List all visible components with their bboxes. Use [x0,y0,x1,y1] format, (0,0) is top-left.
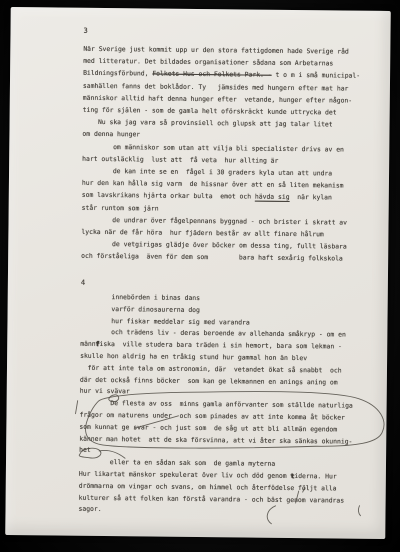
page-number-4: 4 [81,279,85,287]
typed-paragraph-page4: innebörden i binas dans varför dinosaure… [78,292,381,519]
photographed-document: { "photo": { "background_color": "#0a0a0… [0,0,400,552]
typed-paragraph-page3: När Sverige just kommit upp ur den stora… [81,43,384,266]
typewritten-page: 3 När Sverige just kommit upp ur den sto… [5,7,391,539]
typed-line: och förståeliga även för dem som bara ha… [81,250,382,265]
page-number-3: 3 [83,27,87,35]
pencil-stroke-fragor [76,401,78,414]
